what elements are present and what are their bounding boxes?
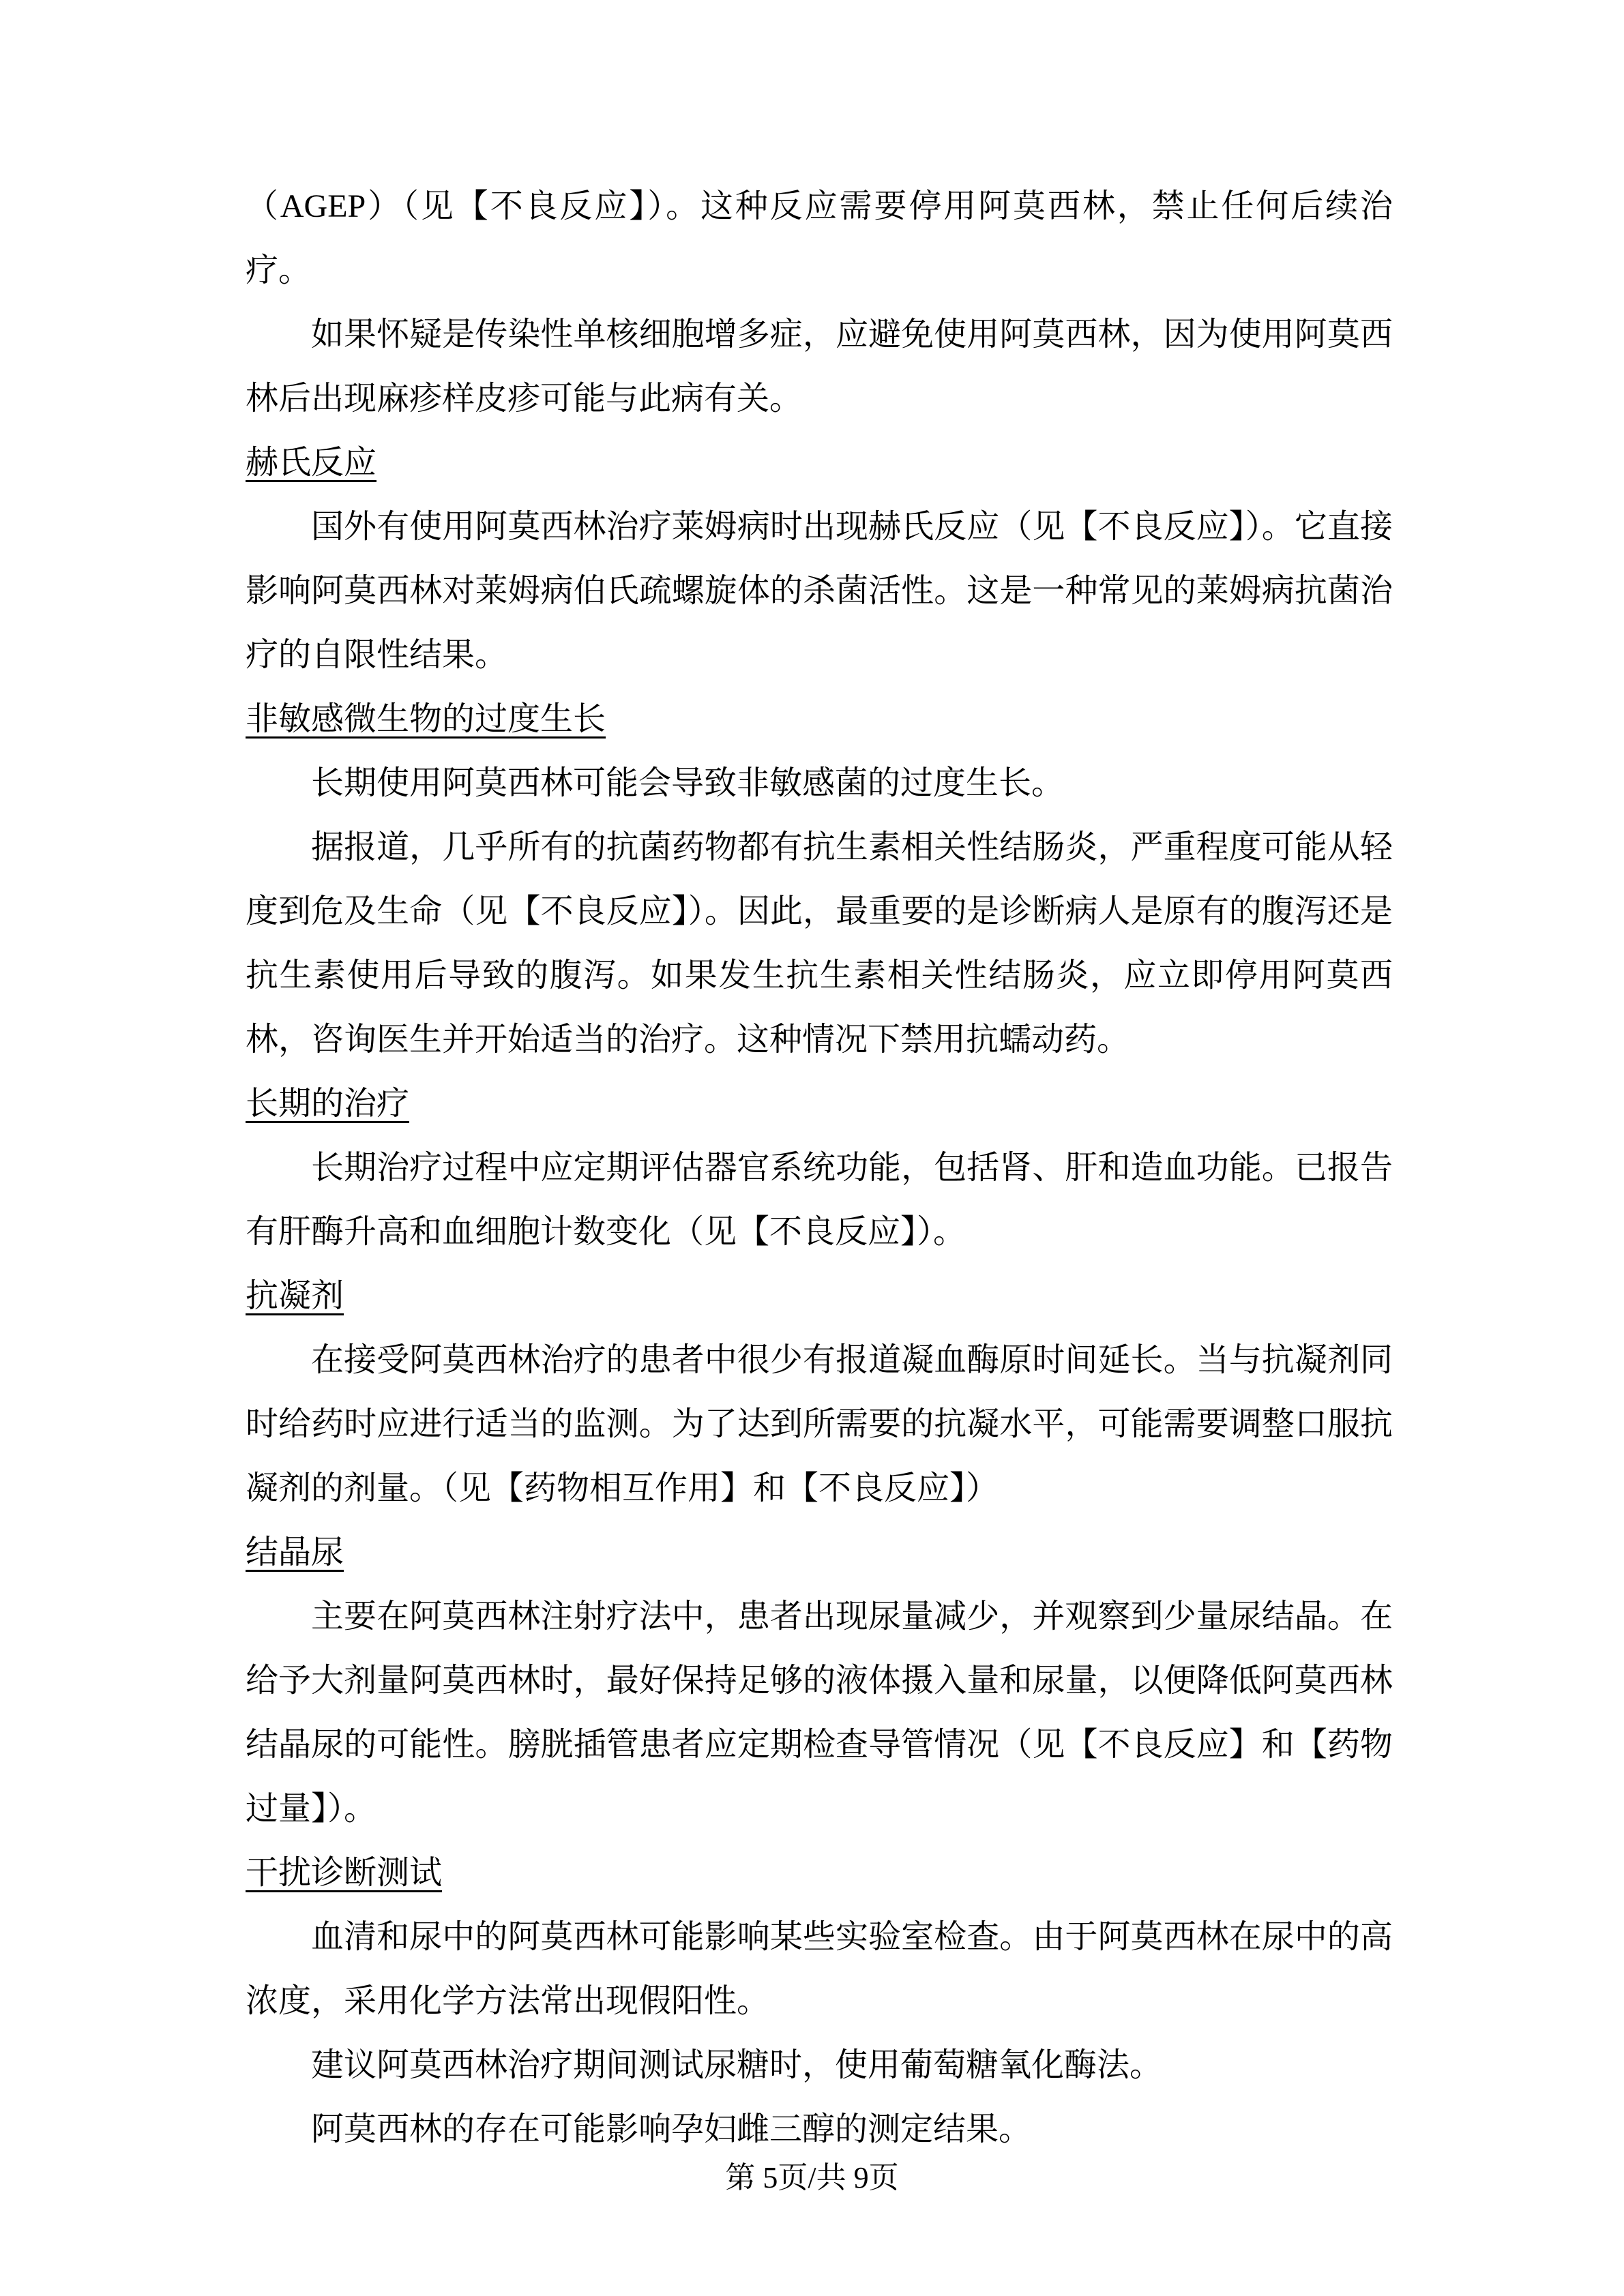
paragraph: 阿莫西林的存在可能影响孕妇雌三醇的测定结果。 [246,2098,1393,2162]
section-heading-text: 非敏感微生物的过度生长 [246,701,606,737]
section-heading: 非敏感微生物的过度生长 [246,687,1393,751]
paragraph: 国外有使用阿莫西林治疗莱姆病时出现赫氏反应（见【不良反应】）。它直接影响阿莫西林… [246,495,1393,687]
section-heading-text: 结晶尿 [246,1534,344,1570]
document-page: （AGEP）（见【不良反应】）。这种反应需要停用阿莫西林，禁止任何后续治疗。 如… [0,0,1624,2296]
section-heading-text: 赫氏反应 [246,445,377,481]
paragraph: 如果怀疑是传染性单核细胞增多症，应避免使用阿莫西林，因为使用阿莫西林后出现麻疹样… [246,303,1393,431]
paragraph: 在接受阿莫西林治疗的患者中很少有报道凝血酶原时间延长。当与抗凝剂同时给药时应进行… [246,1328,1393,1521]
section-heading-text: 抗凝剂 [246,1278,344,1314]
section-heading: 干扰诊断测试 [246,1841,1393,1905]
page-number: 第 5页/共 9页 [0,2157,1624,2199]
paragraph: 长期治疗过程中应定期评估器官系统功能，包括肾、肝和造血功能。已报告有肝酶升高和血… [246,1136,1393,1264]
section-heading-text: 长期的治疗 [246,1086,409,1122]
paragraph: 长期使用阿莫西林可能会导致非敏感菌的过度生长。 [246,751,1393,816]
paragraph: （AGEP）（见【不良反应】）。这种反应需要停用阿莫西林，禁止任何后续治疗。 [246,175,1393,303]
paragraph: 主要在阿莫西林注射疗法中，患者出现尿量减少，并观察到少量尿结晶。在给予大剂量阿莫… [246,1585,1393,1841]
section-heading: 长期的治疗 [246,1072,1393,1136]
section-heading: 赫氏反应 [246,431,1393,495]
section-heading-text: 干扰诊断测试 [246,1855,442,1891]
page-body: （AGEP）（见【不良反应】）。这种反应需要停用阿莫西林，禁止任何后续治疗。 如… [246,175,1393,2162]
section-heading: 结晶尿 [246,1521,1393,1585]
section-heading: 抗凝剂 [246,1264,1393,1328]
paragraph: 据报道，几乎所有的抗菌药物都有抗生素相关性结肠炎，严重程度可能从轻度到危及生命（… [246,816,1393,1072]
paragraph: 建议阿莫西林治疗期间测试尿糖时，使用葡萄糖氧化酶法。 [246,2033,1393,2098]
paragraph: 血清和尿中的阿莫西林可能影响某些实验室检查。由于阿莫西林在尿中的高浓度，采用化学… [246,1905,1393,2033]
